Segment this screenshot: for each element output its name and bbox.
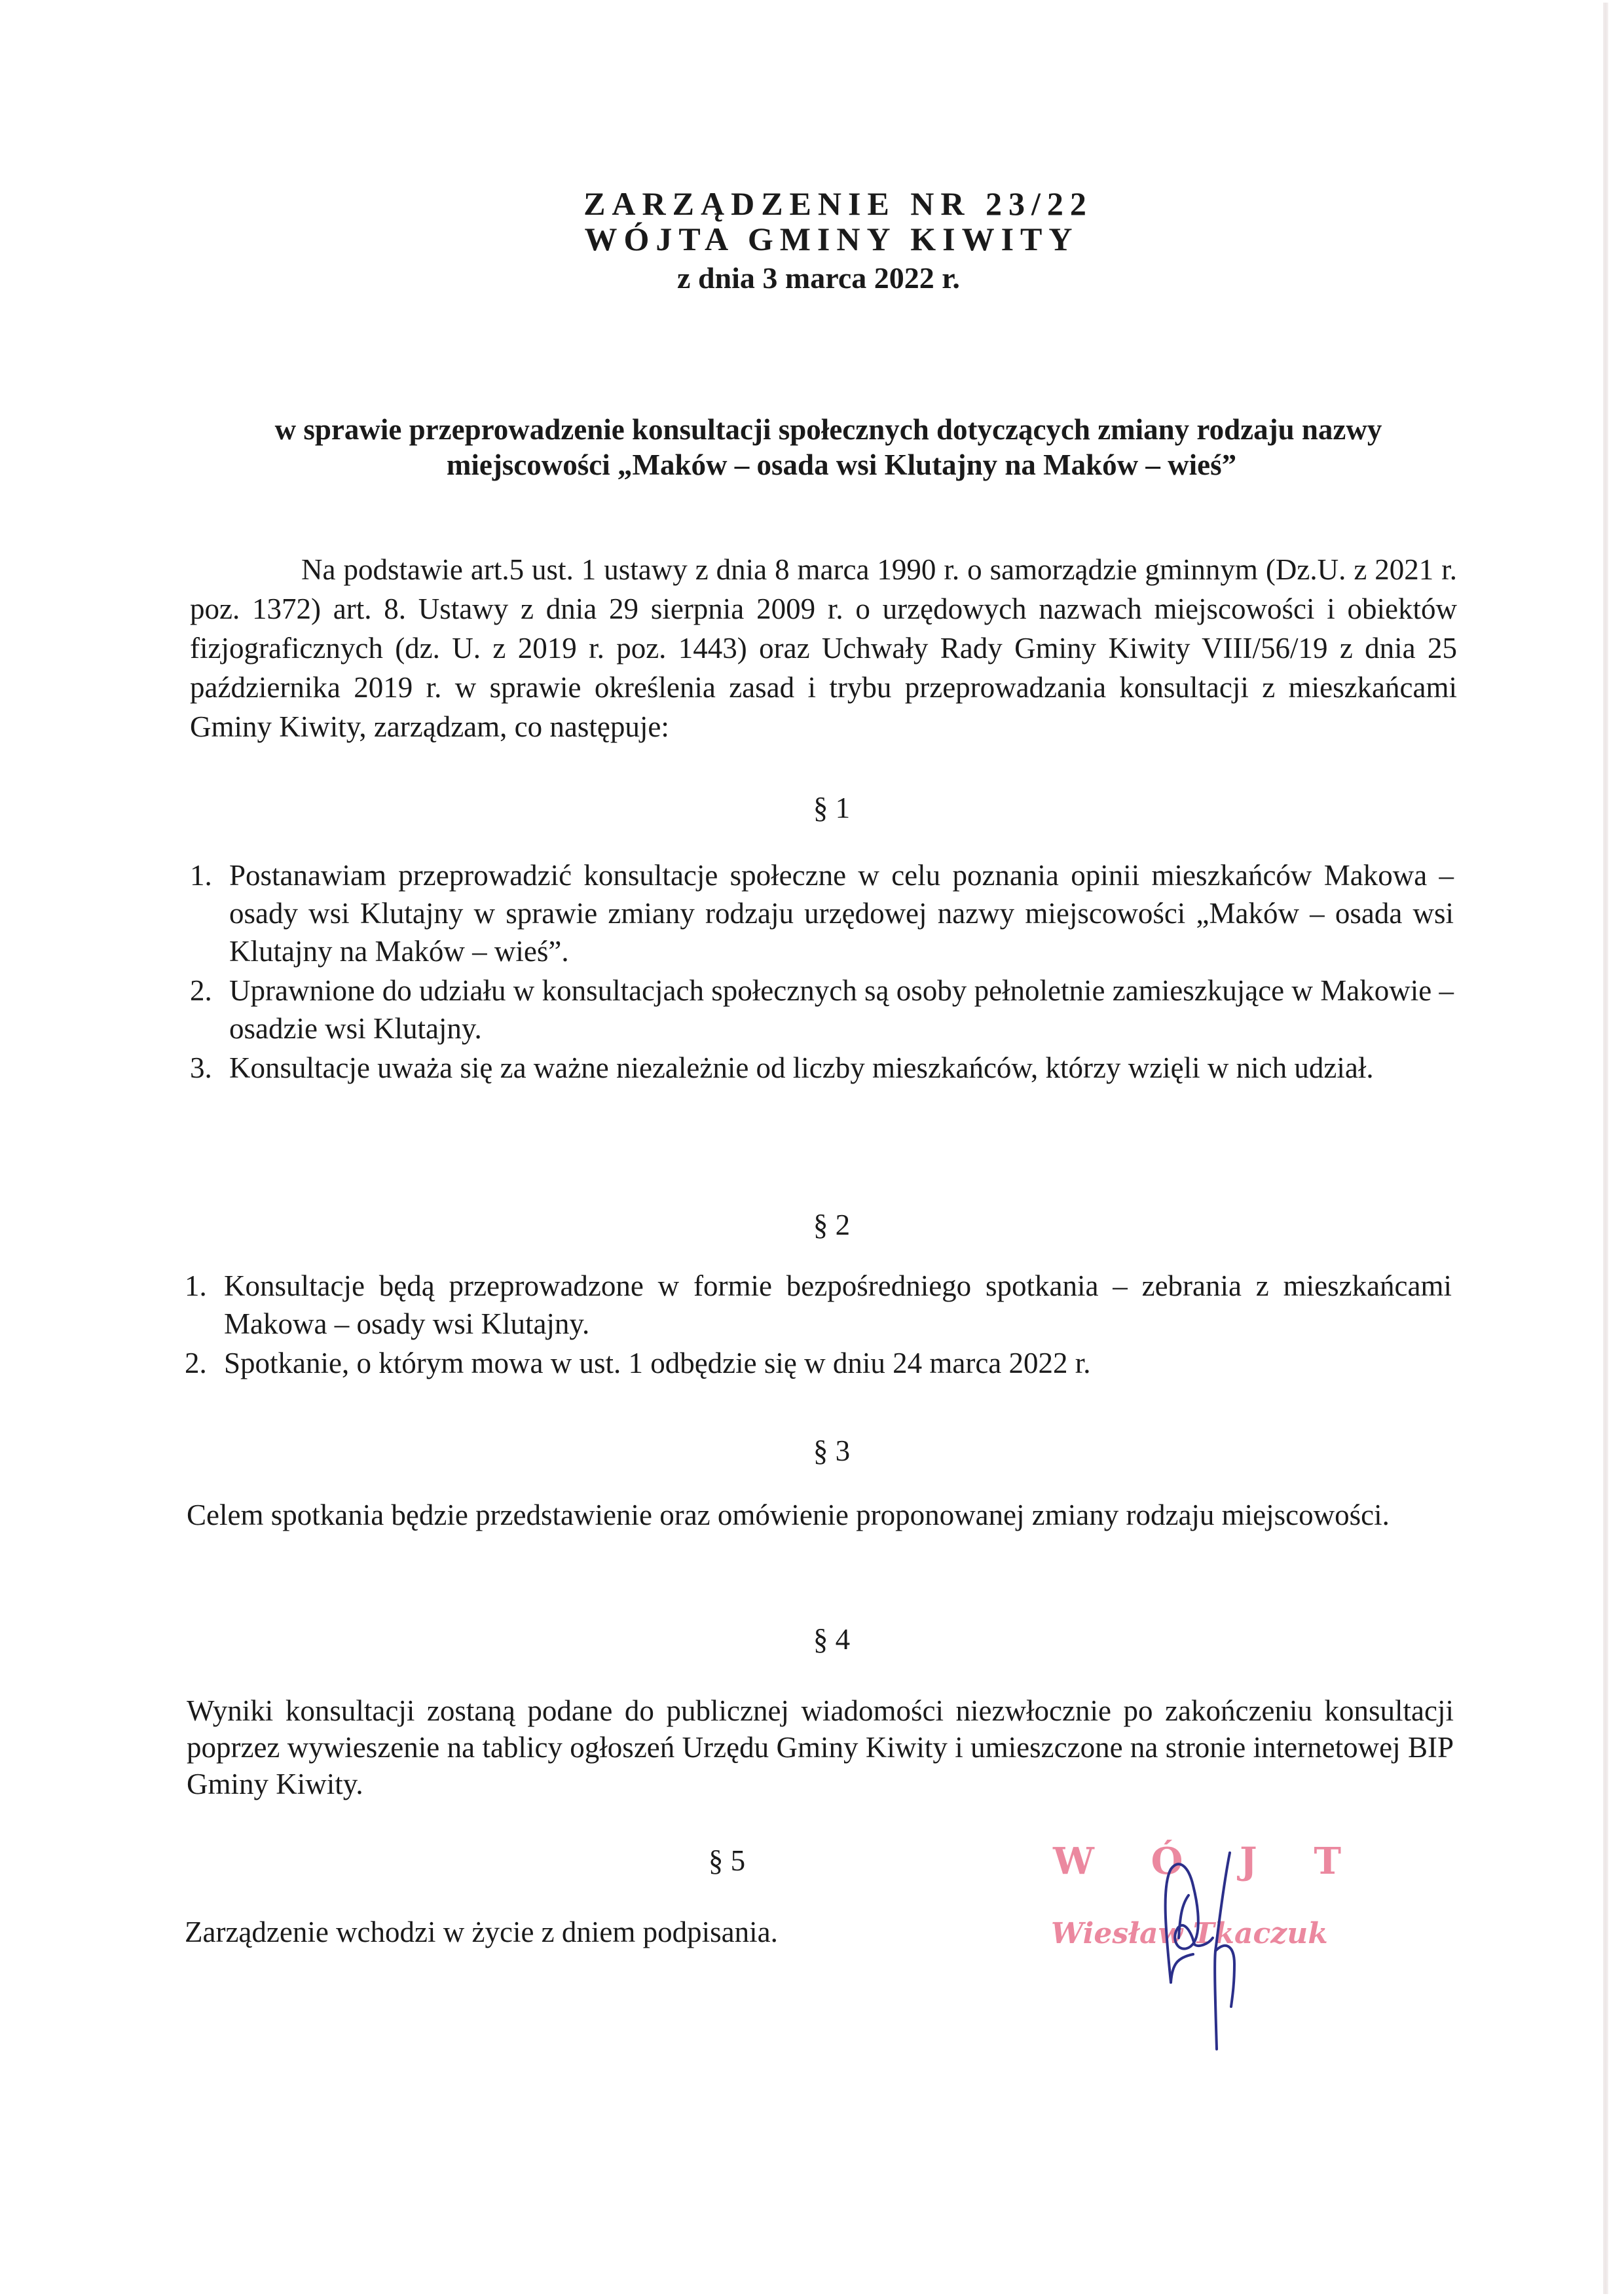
item-text: Spotkanie, o którym mowa w ust. 1 odbędz… bbox=[224, 1347, 1091, 1379]
section-3-text: Celem spotkania będzie przedstawienie or… bbox=[187, 1496, 1454, 1534]
list-item: 1. Konsultacje będą przeprowadzone w for… bbox=[185, 1267, 1452, 1343]
section-2-heading: § 2 bbox=[20, 1208, 1624, 1242]
item-number: 3. bbox=[190, 1049, 212, 1087]
section-3-heading: § 3 bbox=[20, 1434, 1624, 1468]
legal-basis-paragraph: Na podstawie art.5 ust. 1 ustawy z dnia … bbox=[190, 550, 1457, 746]
handwritten-signature-icon bbox=[1153, 1833, 1283, 2069]
section-5-text: Zarządzenie wchodzi w życie z dniem podp… bbox=[185, 1915, 778, 1949]
scan-edge-artifact bbox=[1603, 3, 1608, 2294]
section-1-list: 1. Postanawiam przeprowadzić konsultacje… bbox=[190, 856, 1454, 1088]
item-text: Postanawiam przeprowadzić konsultacje sp… bbox=[229, 859, 1454, 968]
list-item: 1. Postanawiam przeprowadzić konsultacje… bbox=[190, 856, 1454, 970]
section-4-text: Wyniki konsultacji zostaną podane do pub… bbox=[187, 1692, 1454, 1802]
document-title-line1: ZARZĄDZENIE NR 23/22 bbox=[26, 185, 1624, 223]
item-number: 1. bbox=[185, 1267, 207, 1305]
item-number: 2. bbox=[190, 972, 212, 1010]
item-number: 1. bbox=[190, 856, 212, 894]
item-text: Konsultacje będą przeprowadzone w formie… bbox=[224, 1269, 1452, 1340]
document-title-issuer: WÓJTA GMINY KIWITY bbox=[20, 220, 1624, 258]
item-text: Konsultacje uważa się za ważne niezależn… bbox=[229, 1051, 1374, 1084]
section-1-heading: § 1 bbox=[20, 791, 1624, 825]
subject-line1: w sprawie przeprowadzenie konsultacji sp… bbox=[196, 411, 1460, 448]
item-text: Uprawnione do udziału w konsultacjach sp… bbox=[229, 974, 1454, 1045]
stamp-letter: W bbox=[1053, 1840, 1094, 1883]
subject-line2: miejscowości „Maków – osada wsi Klutajny… bbox=[210, 446, 1473, 483]
list-item: 2. Uprawnione do udziału w konsultacjach… bbox=[190, 972, 1454, 1048]
section-4-heading: § 4 bbox=[20, 1622, 1624, 1656]
stamp-letter: T bbox=[1314, 1840, 1341, 1883]
item-number: 2. bbox=[185, 1344, 207, 1382]
list-item: 3. Konsultacje uważa się za ważne niezal… bbox=[190, 1049, 1454, 1087]
document-date: z dnia 3 marca 2022 r. bbox=[7, 261, 1624, 295]
section-2-list: 1. Konsultacje będą przeprowadzone w for… bbox=[185, 1267, 1452, 1383]
list-item: 2. Spotkanie, o którym mowa w ust. 1 odb… bbox=[185, 1344, 1452, 1382]
